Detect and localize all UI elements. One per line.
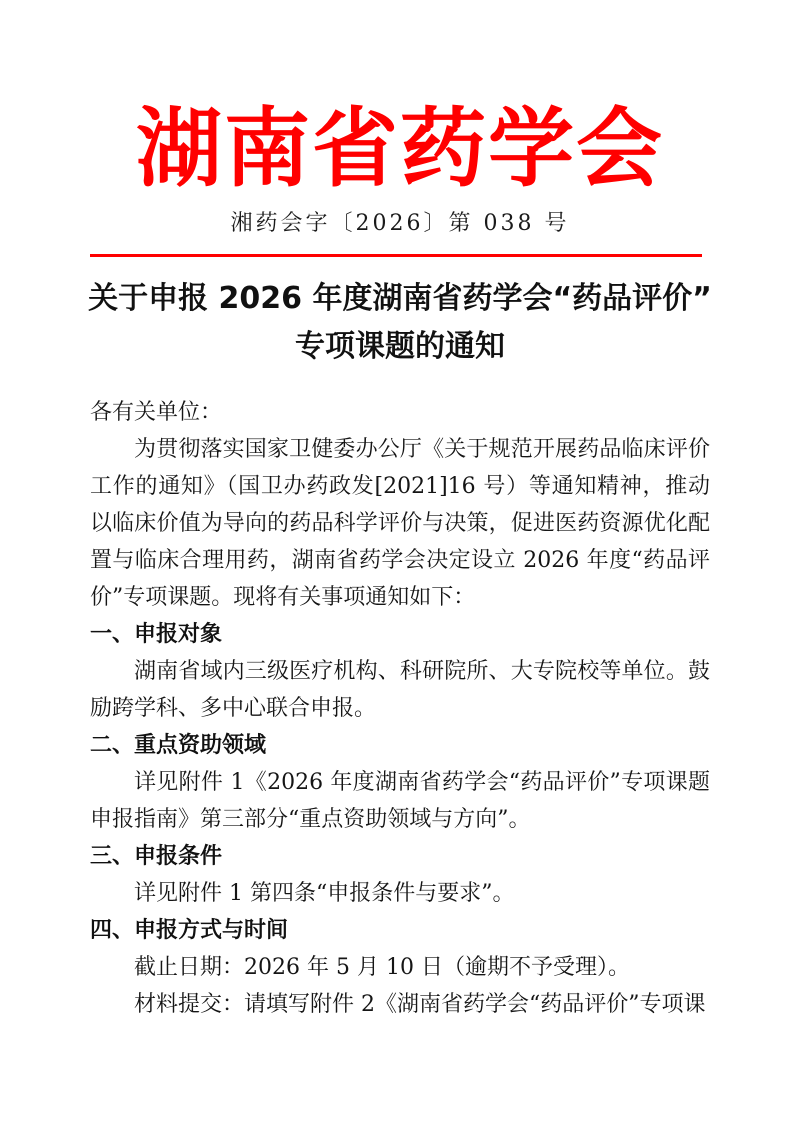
document-page: 湖南省药学会 湘药会字〔2026〕第 038 号 关于申报 2026 年度湖南省… [0, 0, 800, 1131]
intro-paragraph: 为贯彻落实国家卫健委办公厅《关于规范开展药品临床评价工作的通知》（国卫办药政发[… [90, 431, 710, 616]
section-4-paragraph-deadline: 截止日期：2026 年 5 月 10 日（逾期不予受理）。 [90, 949, 710, 986]
red-divider-line [90, 254, 702, 257]
doc-reference-number: 湘药会字〔2026〕第 038 号 [0, 210, 800, 238]
notice-title-line1: 关于申报 2026 年度湖南省药学会“药品评价” [0, 275, 800, 323]
section-2-paragraph: 详见附件 1《2026 年度湖南省药学会“药品评价”专项课题申报指南》第三部分“… [90, 764, 710, 838]
notice-body: 各有关单位： 为贯彻落实国家卫健委办公厅《关于规范开展药品临床评价工作的通知》（… [90, 394, 710, 1023]
section-heading-1: 一、申报对象 [90, 616, 710, 653]
notice-title: 关于申报 2026 年度湖南省药学会“药品评价” 专项课题的通知 [0, 275, 800, 371]
section-4-paragraph-materials: 材料提交：请填写附件 2《湖南省药学会“药品评价”专项课 [90, 986, 710, 1023]
section-heading-4: 四、申报方式与时间 [90, 912, 710, 949]
salutation: 各有关单位： [90, 394, 710, 431]
section-1-paragraph: 湖南省域内三级医疗机构、科研院所、大专院校等单位。鼓励跨学科、多中心联合申报。 [90, 653, 710, 727]
section-3-paragraph: 详见附件 1 第四条“申报条件与要求”。 [90, 875, 710, 912]
notice-title-line2: 专项课题的通知 [0, 323, 800, 371]
section-heading-3: 三、申报条件 [90, 838, 710, 875]
org-title: 湖南省药学会 [0, 104, 800, 194]
section-heading-2: 二、重点资助领域 [90, 727, 710, 764]
